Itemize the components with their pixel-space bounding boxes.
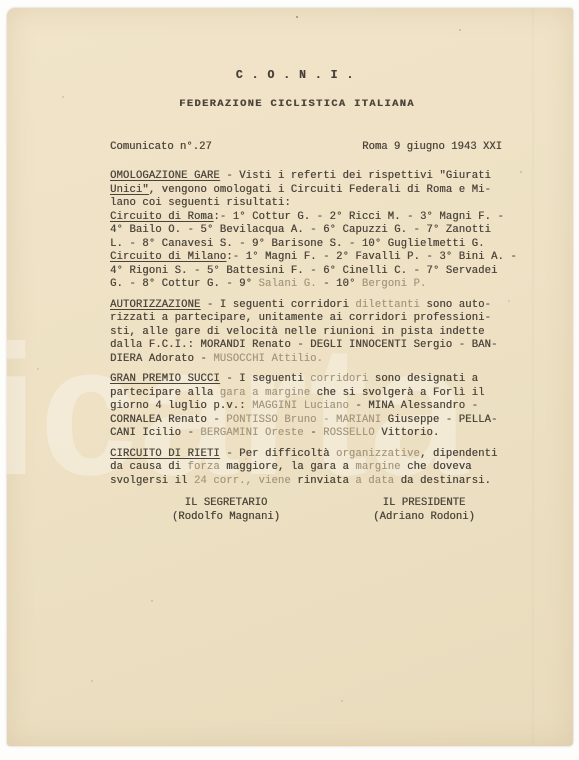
text-segment: MAGGINI Luciano (252, 400, 349, 412)
text-segment: sono auto- (420, 299, 491, 311)
text-segment: DIERA Adorato - (110, 353, 213, 365)
text-segment: corridori (310, 373, 368, 385)
text-segment: L. - 8° Canavesi S. - 9° Barisone S. - 1… (110, 238, 485, 250)
text-segment: Circuito di Roma (110, 211, 213, 223)
text-segment: Salani G. (259, 278, 317, 290)
document-content: C . O . N . I . FEDERAZIONE CICLISTICA I… (110, 8, 502, 539)
text-segment: organizzative (336, 448, 420, 460)
signature-block: IL SEGRETARIO (Rodolfo Magnani) IL PRESI… (110, 497, 502, 539)
text-segment: da destinarsi. (394, 475, 491, 487)
text-line: dalla F.C.I.: MORANDI Renato - DEGLI INN… (110, 339, 502, 353)
text-segment: - (304, 427, 323, 439)
text-segment: forza (188, 461, 220, 473)
text-line: AUTORIZZAZIONE - I seguenti corridori di… (110, 299, 502, 313)
text-segment: dilettanti (355, 299, 420, 311)
text-line: Circuito di Milano:- 1° Magni F. - 2° Fa… (110, 251, 502, 265)
text-line: 4° Bailo O. - 5° Bevilacqua A. - 6° Capu… (110, 224, 502, 238)
text-line: L. - 8° Canavesi S. - 9° Barisone S. - 1… (110, 238, 502, 252)
text-segment: , dipendenti (420, 448, 498, 460)
text-segment: - I seguenti corridori (200, 299, 355, 311)
text-segment: - Per difficoltà (220, 448, 336, 460)
text-segment: CIRCUITO DI RIETI (110, 448, 220, 460)
text-segment: partecipare alla (110, 387, 220, 399)
paper-specks (7, 8, 9, 10)
text-line: partecipare alla gara a margine che si s… (110, 387, 502, 401)
text-line: CORNALEA Renato - PONTISSO Bruno - MARIA… (110, 414, 502, 428)
text-segment: :- 1° Cottur G. - 2° Ricci M. - 3° Magni… (213, 211, 504, 223)
text-line: OMOLOGAZIONE GARE - Visti i referti dei … (110, 170, 502, 184)
text-segment: 4° Bailo O. - 5° Bevilacqua A. - 6° Capu… (110, 224, 491, 236)
text-segment: Bergoni P. (362, 278, 427, 290)
signature-name: (Adriano Rodoni) (336, 511, 512, 525)
text-line: CIRCUITO DI RIETI - Per difficoltà organ… (110, 448, 502, 462)
scanned-document-page: icarta C . O . N . I . FEDERAZIONE CICLI… (0, 0, 579, 760)
text-segment: che doveva (401, 461, 472, 473)
text-segment: lano coi seguenti risultati: (110, 197, 291, 209)
text-segment: MUSOCCHI Attilio. (213, 353, 323, 365)
org-title: C . O . N . I . (110, 69, 502, 82)
text-segment: CANI Icilio - (110, 427, 200, 439)
text-segment: maggiore, la gara a (220, 461, 356, 473)
text-segment: 24 corr., viene (194, 475, 291, 487)
text-line: Circuito di Roma:- 1° Cottur G. - 2° Ric… (110, 211, 502, 225)
text-segment: Unici" (110, 184, 149, 196)
text-segment: :- 1° Magni F. - 2° Favalli P. - 3° Bini… (226, 251, 517, 263)
document-body: OMOLOGAZIONE GARE - Visti i referti dei … (110, 170, 502, 488)
text-line: sti, alle gare di velocità nelle riunion… (110, 326, 502, 340)
text-segment: dalla F.C.I.: MORANDI Renato - DEGLI INN… (110, 339, 497, 351)
text-segment: rinviata (291, 475, 356, 487)
text-line: da causa di forza maggiore, la gara a ma… (110, 461, 502, 475)
text-segment: - 10° (317, 278, 362, 290)
paragraph: AUTORIZZAZIONE - I seguenti corridori di… (110, 299, 502, 367)
text-line: CANI Icilio - BERGAMINI Oreste - ROSSELL… (110, 427, 502, 441)
text-segment: Circuito di Milano (110, 251, 226, 263)
text-line: rizzati a partecipare, unitamente ai cor… (110, 312, 502, 326)
signature-title: IL PRESIDENTE (336, 497, 512, 511)
text-line: G. - 8° Cottur G. - 9° Salani G. - 10° B… (110, 278, 502, 292)
paragraph: CIRCUITO DI RIETI - Per difficoltà organ… (110, 448, 502, 489)
text-segment: svolgersi il (110, 475, 194, 487)
signature-right: IL PRESIDENTE (Adriano Rodoni) (336, 497, 512, 524)
text-segment: ROSSELLO (323, 427, 375, 439)
text-segment: - I seguenti (220, 373, 310, 385)
comunicato-row: Comunicato n°.27 Roma 9 giugno 1943 XXI (110, 141, 502, 154)
federation-title: FEDERAZIONE CICLISTICA ITALIANA (110, 98, 502, 111)
paragraph: GRAN PREMIO SUCCI - I seguenti corridori… (110, 373, 502, 441)
text-segment: gara a margine (220, 387, 310, 399)
text-line: 4° Rigoni S. - 5° Battesini F. - 6° Cine… (110, 265, 502, 279)
signature-title: IL SEGRETARIO (138, 497, 314, 511)
text-segment: - MINA Alessandro - (349, 400, 478, 412)
text-line: lano coi seguenti risultati: (110, 197, 502, 211)
text-segment: giorno 4 luglio p.v.: (110, 400, 252, 412)
text-line: svolgersi il 24 corr., viene rinviata a … (110, 475, 502, 489)
paragraph: OMOLOGAZIONE GARE - Visti i referti dei … (110, 170, 502, 292)
text-segment: da causa di (110, 461, 188, 473)
text-segment: - Visti i referti dei rispettivi "Giurat… (220, 170, 491, 182)
text-segment: rizzati a partecipare, unitamente ai cor… (110, 312, 491, 324)
text-line: giorno 4 luglio p.v.: MAGGINI Luciano - … (110, 400, 502, 414)
text-segment: a data (355, 475, 394, 487)
text-line: GRAN PREMIO SUCCI - I seguenti corridori… (110, 373, 502, 387)
signature-name: (Rodolfo Magnani) (138, 511, 314, 525)
text-segment: , vengono omologati i Circuiti Federali … (149, 184, 491, 196)
text-segment: sti, alle gare di velocità nelle riunion… (110, 326, 485, 338)
text-segment: margine (355, 461, 400, 473)
dateline: Roma 9 giugno 1943 XXI (362, 141, 502, 154)
text-line: DIERA Adorato - MUSOCCHI Attilio. (110, 353, 502, 367)
text-segment: Giuseppe - PELLA- (381, 414, 497, 426)
text-segment: GRAN PREMIO SUCCI (110, 373, 220, 385)
text-segment: CORNALEA Renato - (110, 414, 226, 426)
text-segment: sono designati a (368, 373, 478, 385)
text-segment: OMOLOGAZIONE GARE (110, 170, 220, 182)
text-segment: AUTORIZZAZIONE (110, 299, 200, 311)
comunicato-number: Comunicato n°.27 (110, 141, 212, 154)
text-segment: Vittorio. (375, 427, 440, 439)
text-segment: che si svolgerà a Forlì il (310, 387, 484, 399)
paper-sheet: icarta C . O . N . I . FEDERAZIONE CICLI… (7, 8, 573, 746)
text-line: Unici", vengono omologati i Circuiti Fed… (110, 184, 502, 198)
text-segment: PONTISSO Bruno - MARIANI (226, 414, 381, 426)
text-segment: 4° Rigoni S. - 5° Battesini F. - 6° Cine… (110, 265, 497, 277)
text-segment: BERGAMINI Oreste (200, 427, 303, 439)
signature-left: IL SEGRETARIO (Rodolfo Magnani) (138, 497, 314, 524)
text-segment: G. - 8° Cottur G. - 9° (110, 278, 259, 290)
